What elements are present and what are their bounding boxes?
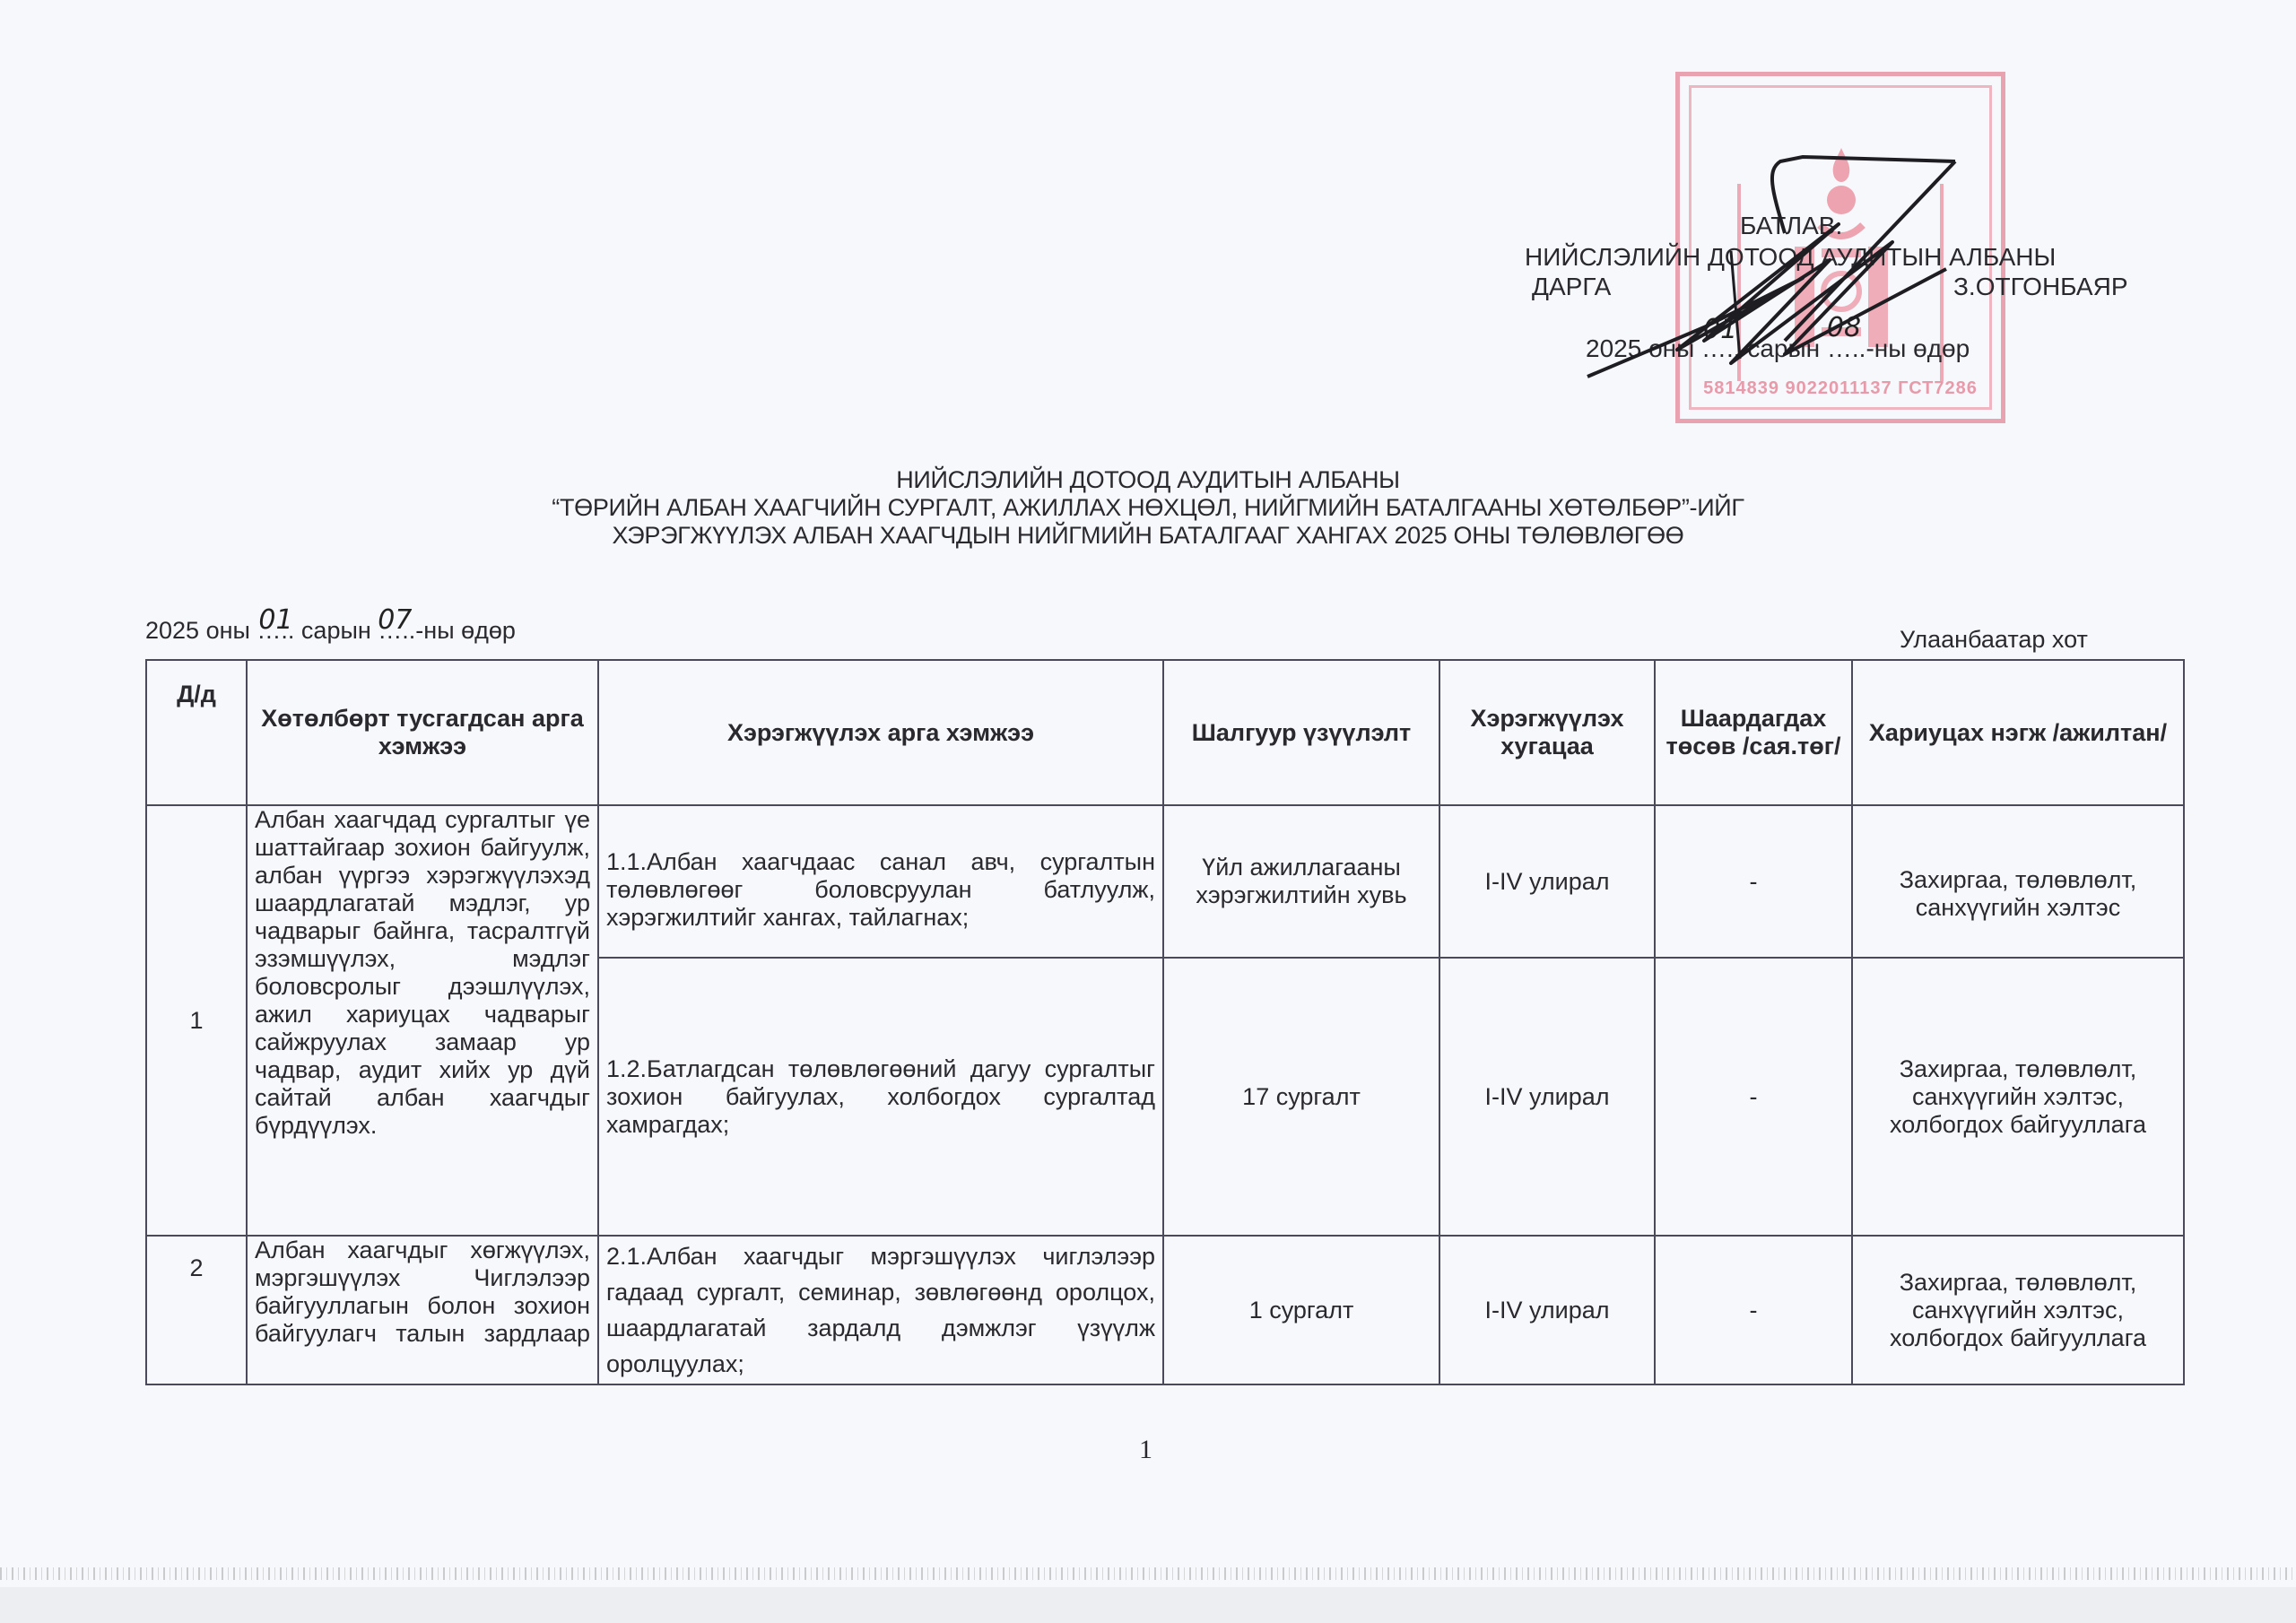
title-line-3: ХЭРЭГЖҮҮЛЭХ АЛБАН ХААГЧДЫН НИЙГМИЙН БАТА…	[269, 522, 2027, 550]
row-responsible: Захиргаа, төлөвлөлт, санхүүгийн хэлтэс, …	[1852, 958, 2184, 1236]
table-row: 2 Албан хаагчдыг хөгжүүлэх, мэргэшүүлэх …	[146, 1236, 2184, 1384]
row-number: 2	[146, 1236, 247, 1384]
header-responsible: Хариуцах нэгж /ажилтан/	[1852, 660, 2184, 805]
row-period: I-IV улирал	[1439, 805, 1655, 958]
page-number: 1	[1139, 1435, 1152, 1465]
row-responsible: Захиргаа, төлөвлөлт, санхүүгийн хэлтэс	[1852, 805, 2184, 958]
header-program-measure: Хөтөлбөрт тусгагдсан арга хэмжээ	[247, 660, 598, 805]
header-number: Д/д	[146, 660, 247, 805]
row-budget: -	[1655, 1236, 1852, 1384]
doc-date-mid: сарын	[294, 617, 378, 644]
row-indicator: Үйл ажиллагааны хэрэгжилтийн хувь	[1163, 805, 1439, 958]
row-period: I-IV улирал	[1439, 958, 1655, 1236]
document-date: 2025 оны …..01 сарын …..07-ны өдөр	[145, 617, 516, 645]
row-indicator: 1 сургалт	[1163, 1236, 1439, 1384]
row-number: 1	[146, 805, 247, 1236]
doc-date-day: …..07	[378, 617, 415, 644]
document-title: НИЙСЛЭЛИЙН ДОТООД АУДИТЫН АЛБАНЫ “ТӨРИЙН…	[269, 466, 2027, 550]
document-page: 5814839 9022011137 ГСТ7286 БАТЛАВ. НИЙСЛ…	[0, 0, 2296, 1623]
row-budget: -	[1655, 958, 1852, 1236]
row-responsible: Захиргаа, төлөвлөлт, санхүүгийн хэлтэс, …	[1852, 1236, 2184, 1384]
table-row: 1 Албан хаагчдад сургалтыг үе шаттайгаар…	[146, 805, 2184, 958]
signature-icon	[1578, 135, 2045, 404]
row-action-text: 2.1.Албан хаагчдыг мэргэшүүлэх чиглэлээр…	[598, 1236, 1163, 1384]
header-indicator: Шалгуур үзүүлэлт	[1163, 660, 1439, 805]
title-line-2: “ТӨРИЙН АЛБАН ХААГЧИЙН СУРГАЛТ, АЖИЛЛАХ …	[269, 494, 2027, 522]
row-budget: -	[1655, 805, 1852, 958]
row-action-text: 1.1.Албан хаагчдаас санал авч, сургалтын…	[598, 805, 1163, 958]
header-actions: Хэрэгжүүлэх арга хэмжээ	[598, 660, 1163, 805]
handwritten-day: 07	[378, 604, 412, 636]
scan-artifact	[0, 1567, 2296, 1580]
scan-edge	[0, 1587, 2296, 1623]
row-indicator: 17 сургалт	[1163, 958, 1439, 1236]
header-period: Хэрэгжүүлэх хугацаа	[1439, 660, 1655, 805]
table-header-row: Д/д Хөтөлбөрт тусгагдсан арга хэмжээ Хэр…	[146, 660, 2184, 805]
header-budget: Шаардагдах төсөв /сая.төг/	[1655, 660, 1852, 805]
row-action-text: 1.2.Батлагдсан төлөвлөгөөний дагуу сурга…	[598, 958, 1163, 1236]
title-line-1: НИЙСЛЭЛИЙН ДОТООД АУДИТЫН АЛБАНЫ	[269, 466, 2027, 494]
row-program-measure: Албан хаагчдад сургалтыг үе шаттайгаар з…	[247, 805, 598, 1236]
handwritten-month: 01	[258, 604, 292, 636]
doc-date-suffix: -ны өдөр	[415, 617, 516, 644]
document-city: Улаанбаатар хот	[1900, 626, 2088, 654]
doc-date-month: …..01	[257, 617, 294, 644]
doc-date-prefix: 2025 оны	[145, 617, 257, 644]
row-program-measure: Албан хаагчдыг хөгжүүлэх, мэргэшүүлэх Чи…	[247, 1236, 598, 1384]
row-period: I-IV улирал	[1439, 1236, 1655, 1384]
plan-table: Д/д Хөтөлбөрт тусгагдсан арга хэмжээ Хэр…	[145, 659, 2185, 1385]
